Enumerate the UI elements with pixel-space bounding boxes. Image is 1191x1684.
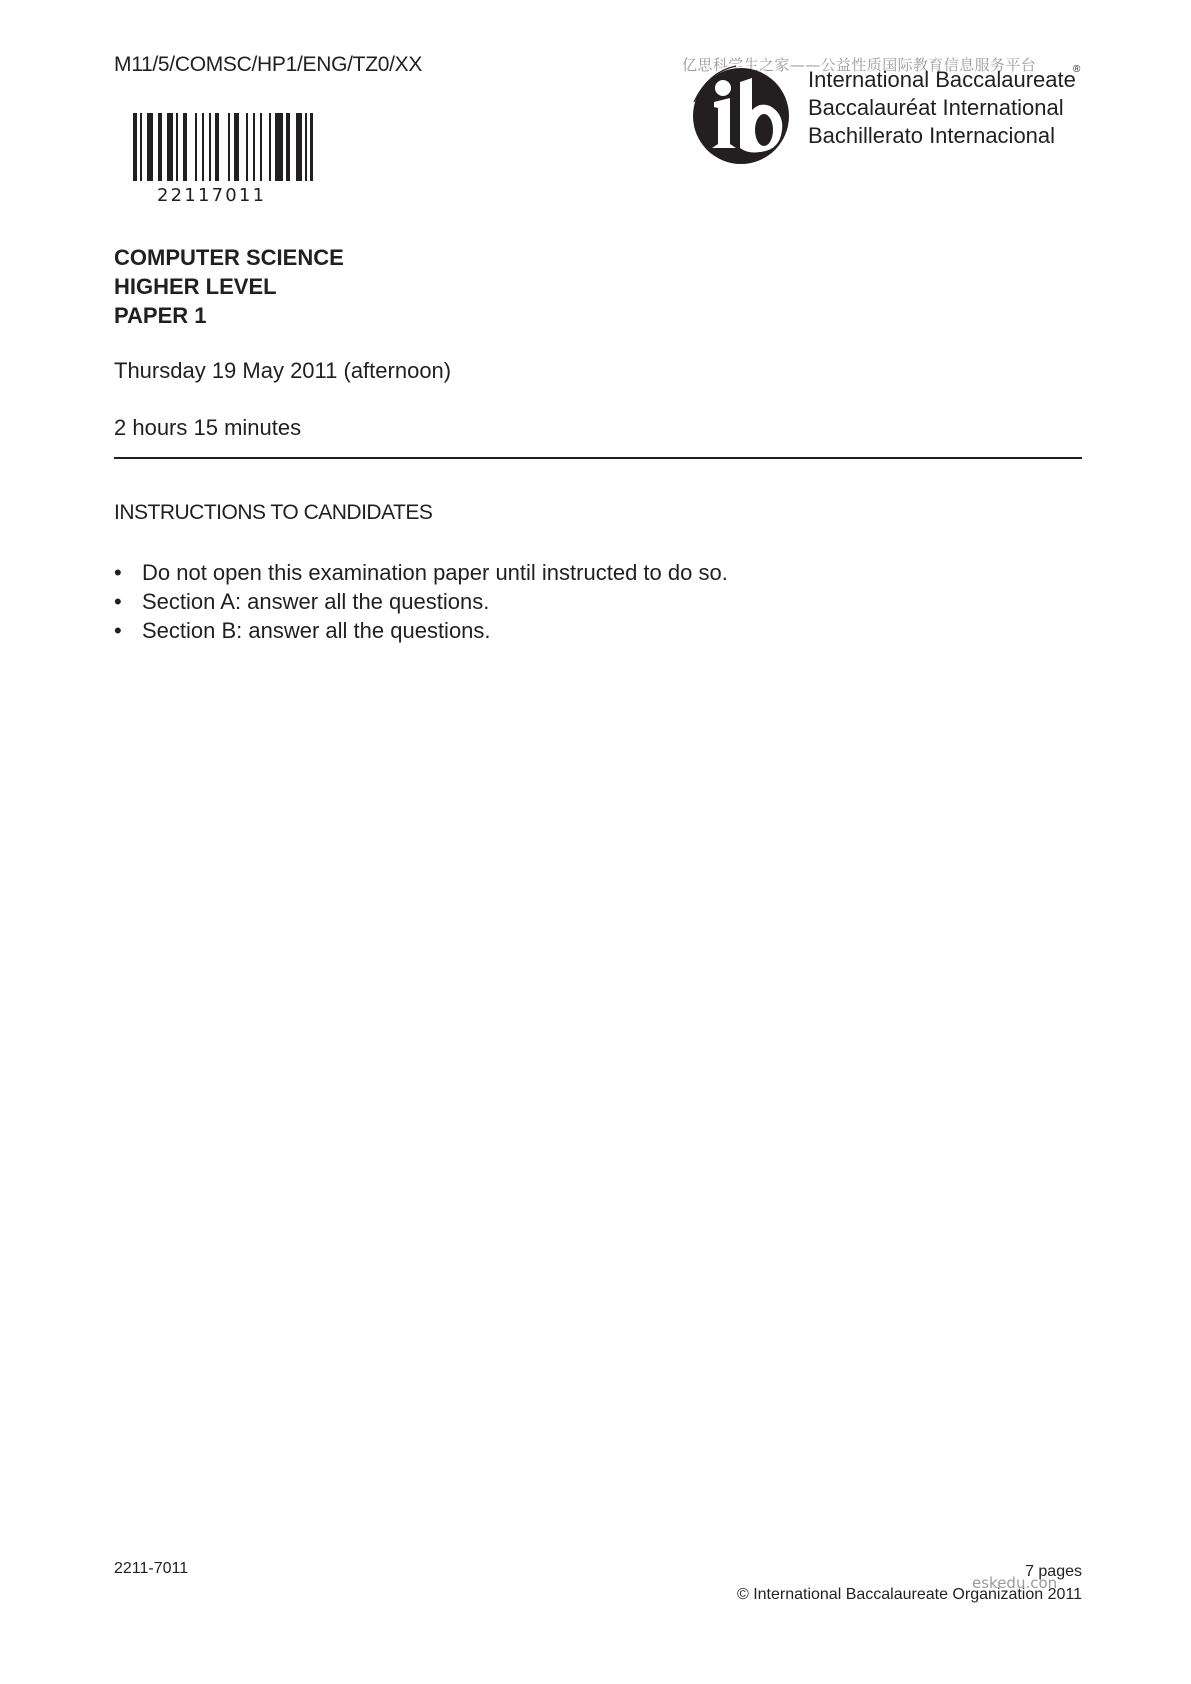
instruction-text: Do not open this examination paper until… <box>142 558 728 587</box>
instructions-list: • Do not open this examination paper unt… <box>114 558 728 645</box>
bullet-icon: • <box>114 558 142 587</box>
instruction-item: • Section B: answer all the questions. <box>114 616 728 645</box>
exam-level: HIGHER LEVEL <box>114 272 344 301</box>
organization-name-fr: Baccalauréat International <box>808 94 1076 122</box>
instruction-item: • Section A: answer all the questions. <box>114 587 728 616</box>
organization-name-es: Bachillerato Internacional <box>808 122 1076 150</box>
registered-mark: ® <box>1073 64 1080 75</box>
organization-names: International Baccalaureate Baccalauréat… <box>808 66 1076 150</box>
paper-code: M11/5/COMSC/HP1/ENG/TZ0/XX <box>114 53 422 77</box>
exam-paper: PAPER 1 <box>114 301 344 330</box>
exam-title: COMPUTER SCIENCE HIGHER LEVEL PAPER 1 <box>114 243 344 330</box>
bullet-icon: • <box>114 616 142 645</box>
bullet-icon: • <box>114 587 142 616</box>
exam-subject: COMPUTER SCIENCE <box>114 243 344 272</box>
watermark-bottom: eskedu.con <box>972 1574 1057 1592</box>
barcode-icon <box>133 113 313 181</box>
instruction-text: Section B: answer all the questions. <box>142 616 491 645</box>
barcode-number: 22117011 <box>157 185 266 206</box>
organization-name-en: International Baccalaureate <box>808 66 1076 94</box>
instruction-item: • Do not open this examination paper unt… <box>114 558 728 587</box>
footer-code: 2211-7011 <box>114 1560 188 1578</box>
instructions-heading: INSTRUCTIONS TO CANDIDATES <box>114 501 432 525</box>
divider <box>114 457 1082 459</box>
ib-logo-icon <box>686 62 796 166</box>
instruction-text: Section A: answer all the questions. <box>142 587 489 616</box>
exam-date: Thursday 19 May 2011 (afternoon) <box>114 358 451 384</box>
exam-duration: 2 hours 15 minutes <box>114 415 301 441</box>
